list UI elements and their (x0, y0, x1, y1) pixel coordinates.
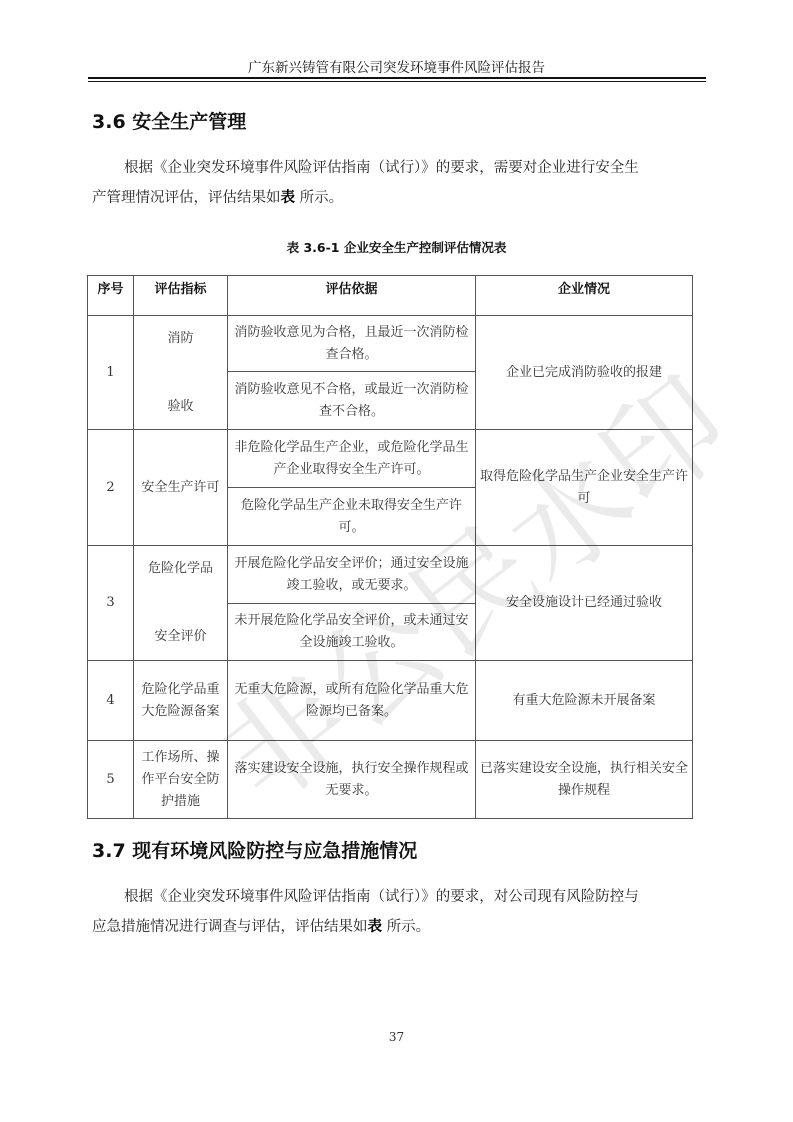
row-basis: 无重大危险源，或所有危险化学品重大危险源均已备案。 (228, 661, 476, 741)
row-status: 已落实建设安全设施，执行相关安全操作规程 (476, 741, 693, 819)
row-basis: 危险化学品生产企业未取得安全生产许可。 (228, 488, 476, 546)
table-row: 3 危险化学品 安全评价 开展危险化学品安全评价；通过安全设施竣工验收，或无要求… (88, 546, 693, 604)
row-basis: 消防验收意见不合格，或最近一次消防检查不合格。 (228, 372, 476, 430)
page-number: 37 (0, 1030, 793, 1044)
section-heading-3-7: 3.7 现有环境风险防控与应急措施情况 (92, 836, 417, 863)
row-indicator: 安全生产许可 (134, 430, 228, 546)
col-header-indicator: 评估指标 (134, 276, 228, 316)
running-header-title: 广东新兴铸管有限公司突发环境事件风险评估报告 (0, 56, 793, 76)
para-line-2-end: 所示。 (295, 190, 343, 206)
row-no: 3 (88, 546, 134, 661)
para-line-1: 根据《企业突发环境事件风险评估指南（试行）》的要求，需要对企业进行安全生 (124, 160, 639, 176)
row-status: 安全设施设计已经通过验收 (476, 546, 693, 661)
col-header-no: 序号 (88, 276, 134, 316)
row-no: 4 (88, 661, 134, 741)
table-row: 2 安全生产许可 非危险化学品生产企业，或危险化学品生产企业取得安全生产许可。 … (88, 430, 693, 488)
col-header-basis: 评估依据 (228, 276, 476, 316)
table-caption: 表 3.6-1 企业安全生产控制评估情况表 (0, 238, 793, 256)
table-ref: 表 (281, 190, 296, 206)
row-no: 2 (88, 430, 134, 546)
col-header-status: 企业情况 (476, 276, 693, 316)
row-status: 企业已完成消防验收的报建 (476, 316, 693, 430)
row-status: 有重大危险源未开展备案 (476, 661, 693, 741)
row-status: 取得危险化学品生产企业安全生产许可 (476, 430, 693, 546)
table-row: 5 工作场所、操作平台安全防护措施 落实建设安全设施，执行安全操作规程或无要求。… (88, 741, 693, 819)
header-rule-thick (88, 77, 706, 79)
safety-evaluation-table: 序号 评估指标 评估依据 企业情况 1 消防 验收 消防验收意见为合格，且最近一… (87, 275, 693, 819)
row-basis: 未开展危险化学品安全评价，或未通过安全设施竣工验收。 (228, 604, 476, 661)
section-3-7-paragraph: 根据《企业突发环境事件风险评估指南（试行）》的要求，对公司现有风险防控与 应急措… (92, 882, 704, 942)
row-indicator: 消防 验收 (134, 316, 228, 430)
row-basis: 消防验收意见为合格，且最近一次消防检查合格。 (228, 316, 476, 372)
row-basis: 落实建设安全设施，执行安全操作规程或无要求。 (228, 741, 476, 819)
row-indicator: 危险化学品 安全评价 (134, 546, 228, 661)
table-row: 1 消防 验收 消防验收意见为合格，且最近一次消防检查合格。 企业已完成消防验收… (88, 316, 693, 372)
row-indicator: 危险化学品重大危险源备案 (134, 661, 228, 741)
table-row: 4 危险化学品重大危险源备案 无重大危险源，或所有危险化学品重大危险源均已备案。… (88, 661, 693, 741)
header-rule-thin (88, 81, 706, 82)
table-header-row: 序号 评估指标 评估依据 企业情况 (88, 276, 693, 316)
section-3-6-paragraph: 根据《企业突发环境事件风险评估指南（试行）》的要求，需要对企业进行安全生 产管理… (92, 153, 704, 213)
para-line-1: 根据《企业突发环境事件风险评估指南（试行）》的要求，对公司现有风险防控与 (124, 889, 639, 905)
row-no: 1 (88, 316, 134, 430)
row-basis: 非危险化学品生产企业，或危险化学品生产企业取得安全生产许可。 (228, 430, 476, 488)
section-heading-3-6: 3.6 安全生产管理 (92, 107, 246, 134)
para-line-2-end: 所示。 (382, 919, 430, 935)
table-ref: 表 (368, 919, 383, 935)
para-line-2: 应急措施情况进行调查与评估，评估结果如 (92, 919, 368, 935)
row-basis: 开展危险化学品安全评价；通过安全设施竣工验收，或无要求。 (228, 546, 476, 604)
row-indicator: 工作场所、操作平台安全防护措施 (134, 741, 228, 819)
para-line-2: 产管理情况评估，评估结果如 (92, 190, 281, 206)
row-no: 5 (88, 741, 134, 819)
